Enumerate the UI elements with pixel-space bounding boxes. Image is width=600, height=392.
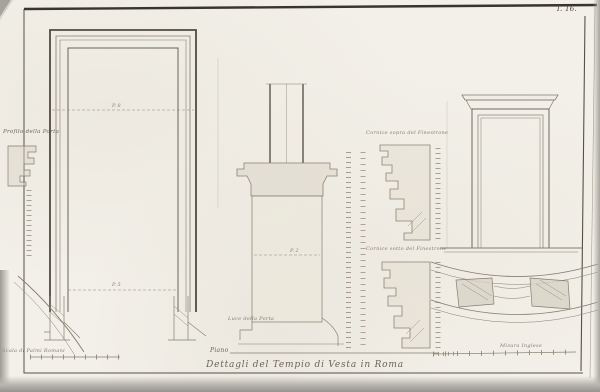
border-right-rule xyxy=(581,16,585,371)
pier-base-right-curve xyxy=(322,318,338,346)
door-moulding-profile xyxy=(8,146,36,260)
engraving-drawing xyxy=(0,0,600,392)
door-moulding-3 xyxy=(60,40,186,312)
window-outer-frame xyxy=(472,109,549,248)
lower-cornice-profile xyxy=(382,262,430,348)
lower-cornice-label: Cornice sotto del Finestrone xyxy=(366,247,447,252)
door-profile-label: Profilo della Porta xyxy=(3,130,59,136)
right-scale-baseline xyxy=(433,352,576,354)
window-cornice-top xyxy=(462,95,558,100)
border-top-rule xyxy=(24,5,597,9)
window-elevation xyxy=(440,95,582,252)
left-jamb-flare xyxy=(64,322,80,338)
plate-title: Dettagli del Tempio di Vesta in Roma xyxy=(195,361,415,370)
scanned-plate-page: T. 16. Profilo della Porta Cornice sopra… xyxy=(0,0,600,392)
wall-block-right xyxy=(530,278,570,309)
upper-cornice-profile xyxy=(380,145,430,240)
window-cornice-bed xyxy=(466,100,554,109)
plan-arc-right-1 xyxy=(431,262,598,277)
door-lower-dimension: P. 5 xyxy=(112,283,121,288)
window-inner-frame xyxy=(481,118,540,248)
door-frame-elevation xyxy=(50,30,218,312)
pier-shaft xyxy=(252,196,322,322)
right-edge-shadow xyxy=(593,0,600,392)
right-scale-label: Misura Inglese xyxy=(500,344,542,349)
door-width-dimension: P. 8 xyxy=(112,104,121,109)
door-outer-moulding xyxy=(50,30,196,312)
window-mid-frame xyxy=(478,115,543,248)
wall-block-left xyxy=(456,278,494,307)
page-corner-shadow xyxy=(0,0,34,26)
pier-base-left-step xyxy=(240,322,252,340)
plan-arc-right-4 xyxy=(431,308,598,323)
pier-base-label: Luce della Porta xyxy=(228,317,274,322)
plan-arc-right-3 xyxy=(431,300,598,315)
plate-number: T. 16. xyxy=(556,6,577,13)
door-base-plan-fragment xyxy=(14,276,206,354)
capital-block xyxy=(237,163,337,196)
opening-arcs xyxy=(494,286,530,299)
upper-cornice-label: Cornice sopra del Finestrone xyxy=(366,131,448,136)
left-scale-label: Scala di Palmi Romani xyxy=(2,349,65,354)
door-inner-opening xyxy=(68,48,178,312)
curved-wall-plan xyxy=(431,262,598,323)
plan-arc-left-outer xyxy=(18,276,84,352)
door-moulding-2 xyxy=(56,36,190,312)
ground-line-label: Piano xyxy=(210,348,229,354)
plan-arc-left-inner xyxy=(14,282,74,354)
right-jamb-flare xyxy=(188,322,206,336)
pier-dimension: P. 2 xyxy=(290,249,299,254)
bottom-edge-shadow xyxy=(0,376,600,392)
profile-steps xyxy=(8,146,36,186)
right-jamb-base xyxy=(168,296,196,340)
left-edge-shadow xyxy=(0,270,10,392)
measurement-ladders xyxy=(349,152,364,350)
